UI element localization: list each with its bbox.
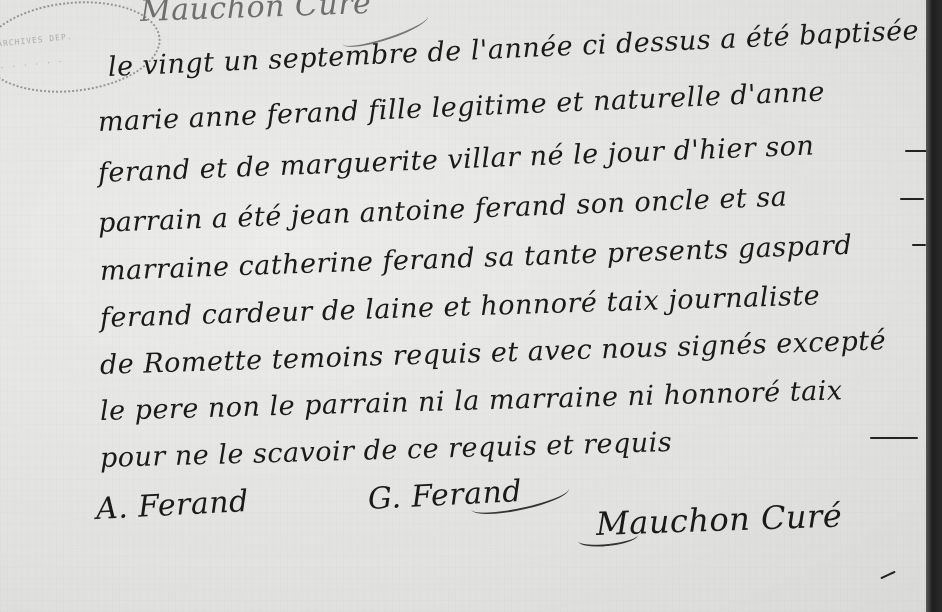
stamp-text-line-1: ARCHIVES DEP. <box>0 32 73 49</box>
text-line-3: ferand et de marguerite villar né le jou… <box>97 130 814 188</box>
text-line-9: pour ne le scavoir de ce requis et requi… <box>100 427 673 474</box>
line-end-dash <box>900 198 924 200</box>
text-line-6: ferand cardeur de laine et honnoré taix … <box>100 280 821 334</box>
manuscript-page: ARCHIVES DEP. · · · · · · Mauchon Curé l… <box>0 0 942 612</box>
line-end-dash <box>905 150 927 152</box>
line-end-dash <box>912 244 926 246</box>
priest-signature-flourish <box>577 527 638 549</box>
signature-tail-stroke <box>880 571 895 580</box>
text-line-7: de Romette temoins requis et avec nous s… <box>100 325 887 381</box>
text-line-4: parrain a été jean antoine ferand son on… <box>97 182 787 239</box>
book-binding-edge <box>926 0 942 612</box>
line-end-dash <box>870 437 918 439</box>
stamp-text-line-2: · · · · · · <box>0 57 64 73</box>
text-line-8: le pere non le parrain ni la marraine ni… <box>100 375 843 427</box>
text-line-5: marraine catherine ferand sa tante prese… <box>99 230 852 287</box>
text-line-2: marie anne ferand fille legitime et natu… <box>97 77 825 138</box>
header-signature: Mauchon Curé <box>139 0 371 29</box>
witness-signature-1: A. Ferand <box>95 484 250 527</box>
